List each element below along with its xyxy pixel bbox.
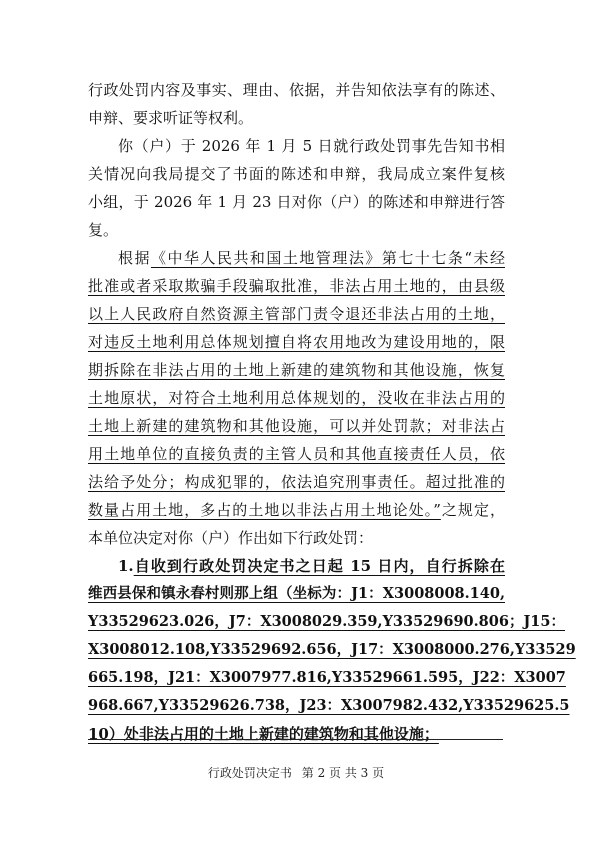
item-number: 1.	[118, 557, 134, 575]
text-line: 你（户）于 2026 年 1 月 5 日就行政处罚事先告知书相	[88, 134, 505, 158]
law-quote-line: 以上人民政府自然资源主管部门责令退还非法占用的土地，	[88, 302, 505, 326]
text-line: 关情况向我局提交了书面的陈述和申辩，我局成立案件复核	[88, 162, 505, 186]
law-quote-line: 对违反土地利用总体规划擅自将农用地改为建设用地的，限	[88, 330, 505, 354]
law-quote-end: 数量占用土地，多占的土地以非法占用土地论处。”	[88, 501, 441, 519]
text-line: 本单位决定对你（户）作出如下行政处罚：	[88, 526, 505, 550]
footer-doc-name: 行政处罚决定书	[208, 766, 292, 780]
penalty-item-line: 968.667,Y33529626.738，J23：X3007982.432,Y…	[88, 694, 505, 718]
document-page: 行政处罚内容及事实、理由、依据，并告知依法享有的陈述、 申辩、要求听证等权利。 …	[0, 0, 592, 841]
lead-text: 根据	[118, 249, 151, 267]
penalty-item-line: 665.198，J21：X3007977.816,Y33529661.595，J…	[88, 666, 505, 690]
penalty-item-line: X3008012.108,Y33529692.656，J17：X3008000.…	[88, 638, 505, 662]
page-footer: 行政处罚决定书 第 2 页 共 3 页	[0, 764, 592, 781]
text-line: 申辩、要求听证等权利。	[88, 106, 505, 130]
tail-text: 之规定，	[441, 501, 505, 519]
law-quote-line: 土地原状，对符合土地利用总体规划的，没收在非法占用的	[88, 386, 505, 410]
penalty-item-line: 维西县保和镇永春村则那上组（坐标为：J1：X3008008.140,	[88, 582, 505, 606]
text-line: 行政处罚内容及事实、理由、依据，并告知依法享有的陈述、	[88, 78, 505, 102]
underline-rule	[88, 739, 503, 740]
penalty-item-line: 1.自收到行政处罚决定书之日起 15 日内，自行拆除在	[88, 554, 505, 578]
law-quote-line: 期拆除在非法占用的土地上新建的建筑物和其他设施，恢复	[88, 358, 505, 382]
penalty-text: 10）处非法占用的土地上新建的建筑物和其他设施；	[88, 725, 439, 743]
law-quote-line: 土地上新建的建筑物和其他设施，可以并处罚款；对非法占	[88, 414, 505, 438]
text-line: 根据《中华人民共和国土地管理法》第七十七条“未经	[88, 246, 505, 270]
text-line: 复。	[88, 218, 505, 242]
text-line: 小组，于 2026 年 1 月 23 日对你（户）的陈述和申辩进行答	[88, 190, 505, 214]
law-citation: 《中华人民共和国土地管理法》第七十七条“未经	[151, 249, 505, 267]
penalty-item-line: 10）处非法占用的土地上新建的建筑物和其他设施；	[88, 722, 505, 746]
law-quote-line: 用土地单位的直接负责的主管人员和其他直接责任人员，依	[88, 442, 505, 466]
law-quote-line: 批准或者采取欺骗手段骗取批准，非法占用土地的，由县级	[88, 274, 505, 298]
text-line: 数量占用土地，多占的土地以非法占用土地论处。”之规定，	[88, 498, 505, 522]
law-quote-line: 法给予处分；构成犯罪的，依法追究刑事责任。超过批准的	[88, 470, 505, 494]
penalty-text: 自收到行政处罚决定书之日起 15 日内，自行拆除在	[134, 557, 505, 575]
footer-page-label: 第 2 页 共 3 页	[302, 766, 384, 780]
penalty-item-line: Y33529623.026，J7：X3008029.359,Y33529690.…	[88, 610, 505, 634]
